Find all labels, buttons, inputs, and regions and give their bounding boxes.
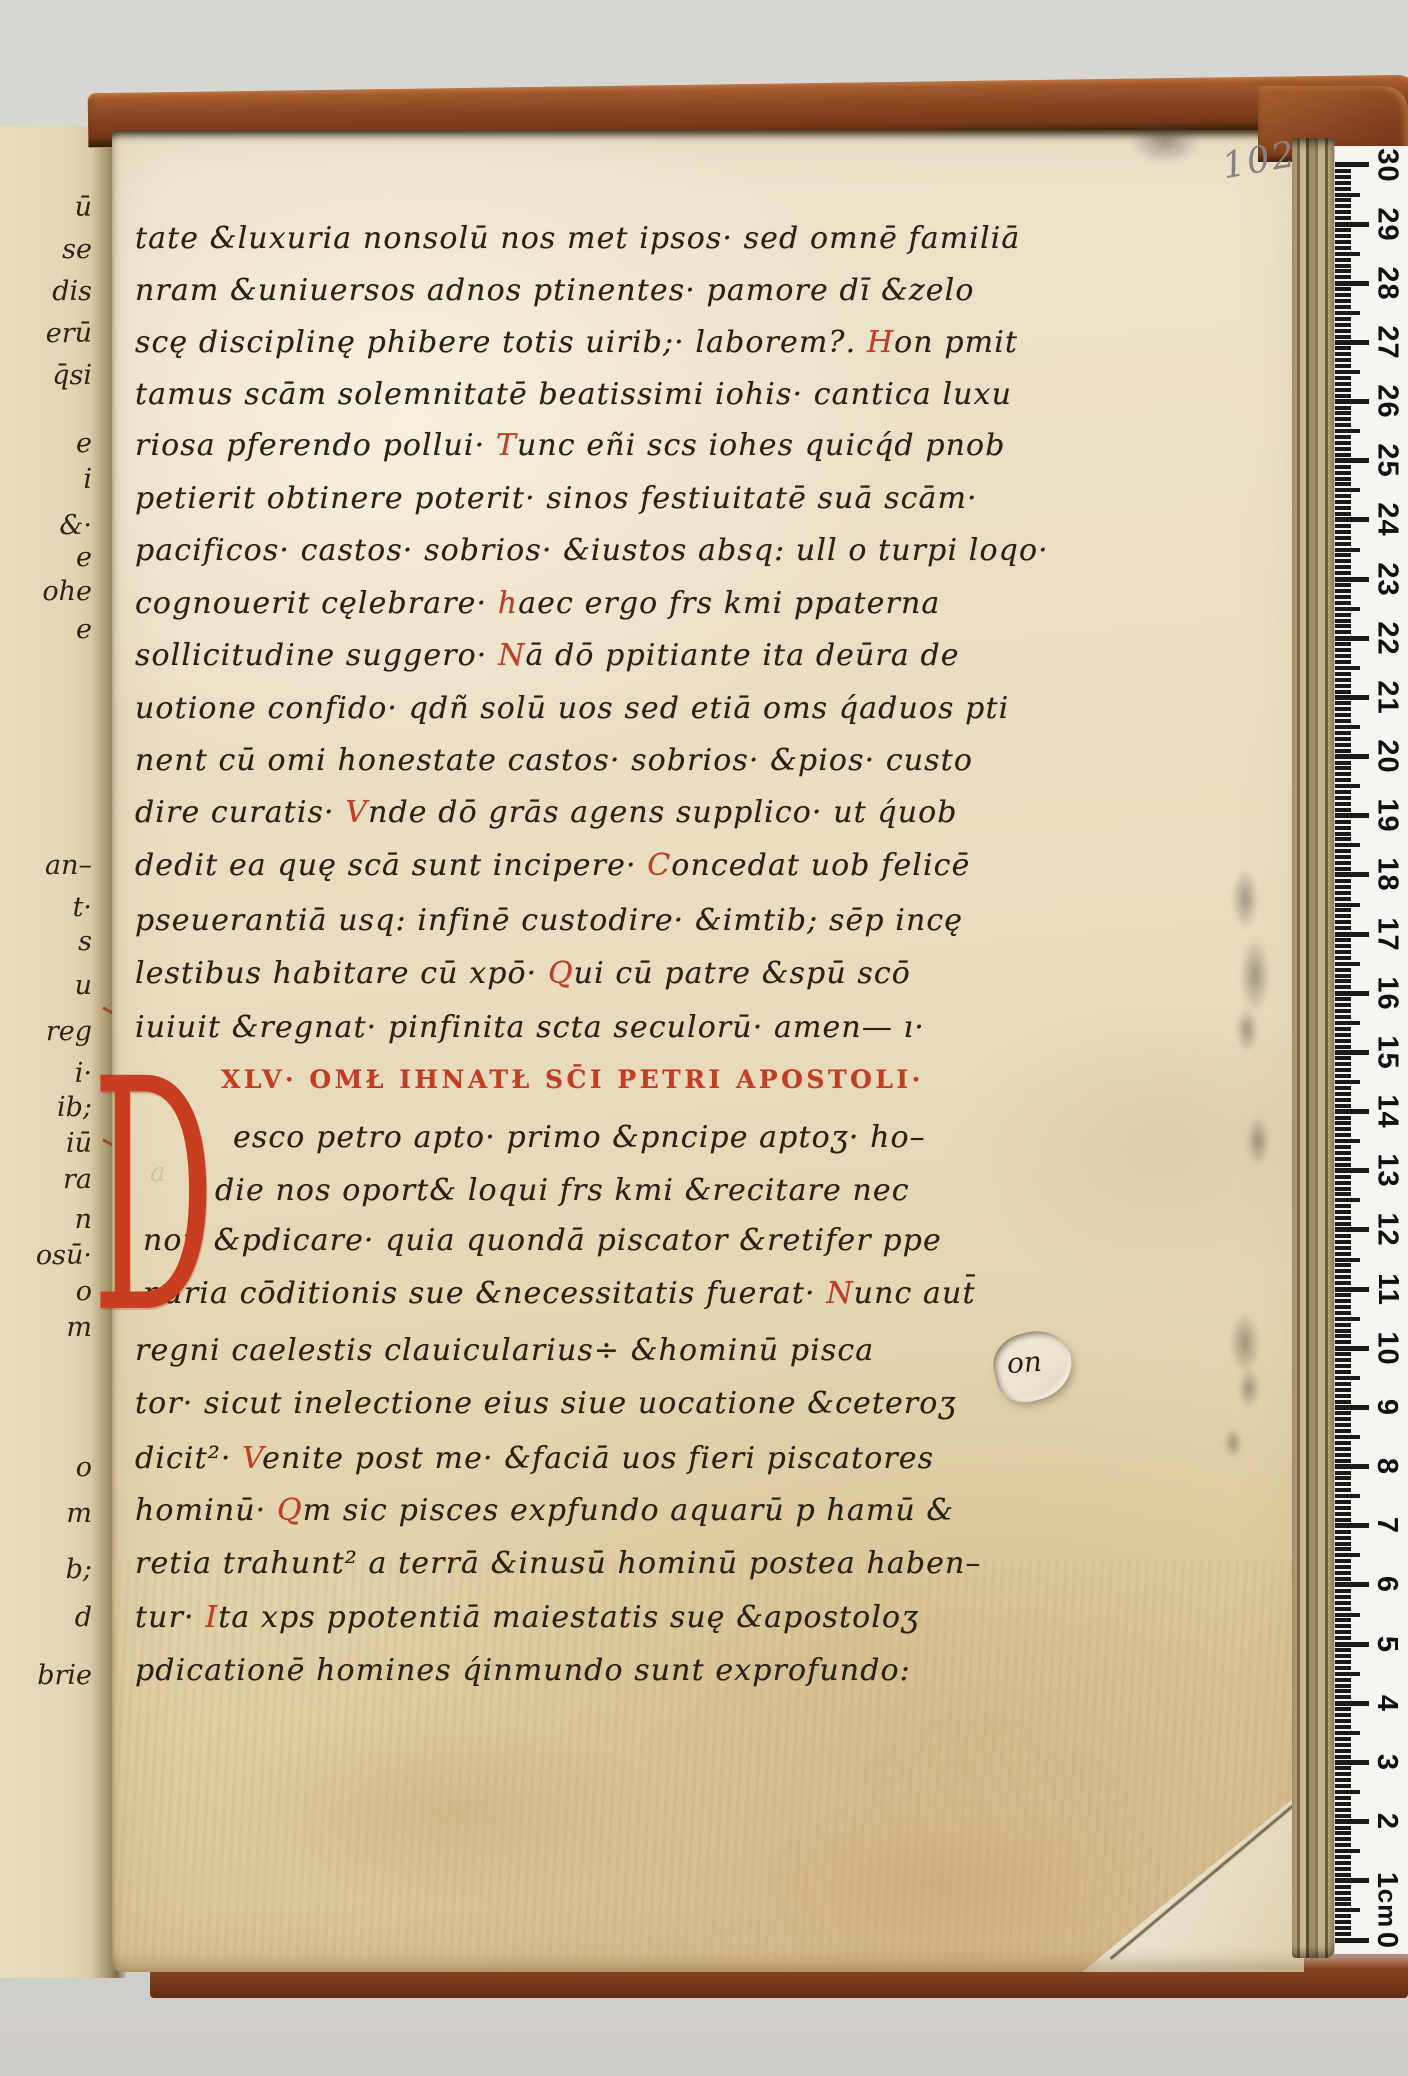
ruler-tick	[1335, 1920, 1351, 1924]
ruler-tick	[1335, 1559, 1351, 1563]
ruler-tick	[1335, 678, 1351, 682]
ruler-tick	[1335, 1488, 1351, 1492]
ruler-tick	[1335, 879, 1351, 883]
ruler-tick	[1335, 1814, 1351, 1818]
ink-smudge	[1232, 868, 1258, 930]
ruler-tick	[1335, 654, 1351, 658]
ruler-tick	[1335, 1873, 1351, 1877]
ruler-tick	[1335, 1618, 1351, 1622]
ruler-number: 6	[1365, 1563, 1408, 1607]
ruler-tick	[1335, 932, 1369, 937]
ruler-tick	[1335, 920, 1351, 924]
ruler-tick	[1335, 453, 1351, 457]
ruler-tick	[1335, 855, 1351, 859]
ruler-number: 19	[1365, 794, 1408, 838]
ruler-tick	[1335, 1707, 1351, 1711]
ruler-tick	[1335, 488, 1360, 492]
manuscript-photo: ūsediserūq̄siei&·eoheean–t·suregi·ib;iūr…	[0, 0, 1408, 2076]
ruler-tick	[1335, 1329, 1351, 1333]
ruler-tick	[1335, 1376, 1360, 1380]
ruler-tick	[1335, 293, 1351, 297]
ruler-tick	[1335, 1104, 1351, 1108]
ink-smudge	[1246, 1116, 1270, 1166]
ruler-tick	[1335, 1400, 1351, 1404]
ruler-tick	[1335, 258, 1351, 262]
ruler-number: 30	[1365, 143, 1408, 187]
ruler-tick	[1335, 843, 1360, 847]
ruler-tick	[1335, 1039, 1351, 1043]
ruler-tick	[1335, 956, 1351, 960]
ruler-tick	[1335, 1417, 1351, 1421]
ruler-tick	[1335, 813, 1369, 818]
ruler-tick	[1335, 950, 1351, 954]
ruler-number: 11	[1365, 1267, 1408, 1311]
ruler-tick	[1335, 246, 1351, 250]
facing-page-text-fragment: se	[62, 234, 92, 265]
ruler-tick	[1335, 1086, 1351, 1090]
facing-page-text-fragment: m	[66, 1312, 92, 1343]
ruler-tick	[1335, 1482, 1351, 1486]
ruler-tick	[1335, 1743, 1351, 1747]
ruler-tick	[1335, 695, 1369, 700]
page-edge-stack	[1292, 138, 1334, 1958]
ruler-tick	[1335, 1802, 1351, 1806]
ruler-tick	[1335, 1760, 1369, 1765]
ruler-tick	[1335, 820, 1351, 824]
ruler-tick	[1335, 441, 1351, 445]
ruler-tick	[1335, 477, 1351, 481]
ruler-number: 5	[1365, 1622, 1408, 1666]
ruler-tick	[1335, 198, 1351, 202]
ruler-tick	[1335, 1553, 1360, 1557]
ruler-tick	[1335, 1523, 1369, 1528]
ruler-tick	[1335, 524, 1351, 528]
ruler-tick	[1335, 1370, 1351, 1374]
ruler-tick	[1335, 1033, 1351, 1037]
ruler-tick	[1335, 1878, 1369, 1883]
ruler-number: 26	[1365, 380, 1408, 424]
ruler-tick	[1335, 1358, 1351, 1362]
facing-page-text-fragment: &·	[59, 510, 92, 541]
ruler-tick	[1335, 1092, 1351, 1096]
ruler-tick	[1335, 1252, 1351, 1256]
ruler-tick	[1335, 749, 1351, 753]
ruler-number: 20	[1365, 735, 1408, 779]
ruler-tick	[1335, 1109, 1369, 1114]
ruler-tick	[1335, 1175, 1351, 1179]
ruler-tick	[1335, 1429, 1351, 1433]
ruler-tick	[1335, 1311, 1351, 1315]
ruler-tick	[1335, 991, 1369, 996]
ruler-tick	[1335, 778, 1351, 782]
ruler-tick	[1335, 1861, 1351, 1865]
ruler-tick	[1335, 1405, 1369, 1410]
ruler-tick	[1335, 1855, 1351, 1859]
ruler-tick	[1335, 358, 1351, 362]
ruler-tick	[1335, 323, 1351, 327]
ruler-tick	[1335, 1234, 1351, 1238]
ink-smudge	[1230, 1312, 1260, 1374]
ruler-tick	[1335, 672, 1351, 676]
ruler-tick	[1335, 1819, 1369, 1824]
ruler-tick	[1335, 1582, 1369, 1587]
ruler-tick	[1335, 1015, 1351, 1019]
ruler-tick	[1335, 240, 1351, 244]
ruler-tick	[1335, 406, 1351, 410]
ruler-tick	[1335, 1293, 1351, 1297]
ruler-tick	[1335, 423, 1351, 427]
ruler-tick	[1335, 642, 1351, 646]
ruler-number: 3	[1365, 1740, 1408, 1784]
ruler-tick	[1335, 352, 1351, 356]
ruler-tick	[1335, 707, 1351, 711]
pencil-smudge	[1130, 118, 1200, 164]
ruler-tick	[1335, 1790, 1360, 1794]
ruler-tick	[1335, 761, 1351, 765]
ruler-number: 18	[1365, 853, 1408, 897]
ruler-tick	[1335, 1926, 1351, 1930]
ruler-tick	[1335, 908, 1351, 912]
ruler-tick	[1335, 275, 1351, 279]
ruler-tick	[1335, 1885, 1351, 1889]
ruler-tick	[1335, 1382, 1351, 1386]
ruler-tick	[1335, 1843, 1351, 1847]
ruler-tick	[1335, 1145, 1351, 1149]
facing-page-text-fragment: ohe	[42, 576, 92, 607]
ruler: 0123456789101112131415161718192021222324…	[1334, 146, 1408, 1954]
ruler-number: 23	[1365, 557, 1408, 601]
ruler-tick	[1335, 701, 1351, 705]
ruler-tick	[1335, 808, 1351, 812]
ruler-tick	[1335, 1394, 1351, 1398]
ruler-tick	[1335, 766, 1351, 770]
ruler-tick	[1335, 447, 1351, 451]
ruler-tick	[1335, 1831, 1351, 1835]
ruler-tick	[1335, 1867, 1351, 1871]
ruler-tick	[1335, 1275, 1351, 1279]
ruler-tick	[1335, 1725, 1351, 1729]
ruler-tick	[1335, 1494, 1360, 1498]
ruler-tick	[1335, 1719, 1351, 1723]
ruler-tick	[1335, 287, 1351, 291]
ruler-tick	[1335, 577, 1369, 582]
ruler-tick	[1335, 269, 1351, 273]
ruler-tick	[1335, 796, 1351, 800]
ruler-tick	[1335, 1536, 1351, 1540]
ruler-tick	[1335, 264, 1351, 268]
ruler-tick	[1335, 317, 1351, 321]
ruler-tick	[1335, 1181, 1351, 1185]
ruler-tick	[1335, 1068, 1351, 1072]
ruler-tick	[1335, 1666, 1351, 1670]
ruler-tick	[1335, 1305, 1351, 1309]
ruler-tick	[1335, 175, 1351, 179]
ruler-tick	[1335, 548, 1360, 552]
ruler-tick	[1335, 559, 1351, 563]
ruler-number: 29	[1365, 202, 1408, 246]
parchment-stain	[232, 1720, 652, 1900]
ruler-tick	[1335, 790, 1351, 794]
ruler-tick	[1335, 619, 1351, 623]
ruler-tick	[1335, 1346, 1369, 1351]
ruler-tick	[1335, 1388, 1351, 1392]
ruler-tick	[1335, 1447, 1351, 1451]
ruler-tick	[1335, 346, 1351, 350]
ruler-tick	[1335, 849, 1351, 853]
ruler-tick	[1335, 607, 1360, 611]
ruler-tick	[1335, 162, 1369, 167]
ruler-tick	[1335, 1684, 1351, 1688]
ruler-tick	[1335, 944, 1351, 948]
ruler-tick	[1335, 1471, 1351, 1475]
ruler-tick	[1335, 1772, 1351, 1776]
ruler-tick	[1335, 1701, 1369, 1706]
ruler-tick	[1335, 1050, 1369, 1055]
ruler-tick	[1335, 974, 1351, 978]
ruler-number: 15	[1365, 1030, 1408, 1074]
ruler-tick	[1335, 394, 1351, 398]
ruler-tick	[1335, 725, 1360, 729]
ruler-tick	[1335, 1227, 1369, 1232]
ruler-tick	[1335, 1246, 1351, 1250]
manuscript-page	[112, 130, 1304, 1972]
ruler-tick	[1335, 1660, 1351, 1664]
ruler-tick	[1335, 997, 1351, 1001]
ruler-tick	[1335, 506, 1351, 510]
ruler-tick	[1335, 962, 1360, 966]
ruler-tick	[1335, 1595, 1351, 1599]
ruler-tick	[1335, 731, 1351, 735]
ruler-number: 25	[1365, 439, 1408, 483]
ruler-tick	[1335, 536, 1351, 540]
hole-show-through-text: on	[1006, 1345, 1043, 1380]
ruler-tick	[1335, 624, 1351, 628]
ruler-tick	[1335, 1216, 1351, 1220]
ruler-tick	[1335, 1601, 1351, 1605]
ruler-tick	[1335, 1269, 1351, 1273]
ruler-tick	[1335, 737, 1351, 741]
ruler-number: 28	[1365, 261, 1408, 305]
ruler-tick	[1335, 1695, 1351, 1699]
ruler-tick	[1335, 411, 1351, 415]
ruler-tick	[1335, 417, 1351, 421]
ruler-tick	[1335, 517, 1369, 522]
ruler-tick	[1335, 926, 1351, 930]
ruler-tick	[1335, 968, 1351, 972]
ruler-tick	[1335, 1222, 1351, 1226]
ruler-tick	[1335, 630, 1351, 634]
ruler-tick	[1335, 1755, 1351, 1759]
ruler-unit-label: cm	[1365, 1886, 1408, 1930]
ruler-tick	[1335, 376, 1351, 380]
ruler-tick	[1335, 1713, 1351, 1717]
ruler-tick	[1335, 512, 1351, 516]
ruler-tick	[1335, 187, 1351, 191]
ruler-tick	[1335, 335, 1351, 339]
ruler-tick	[1335, 500, 1351, 504]
ruler-tick	[1335, 1240, 1351, 1244]
ruler-tick	[1335, 1731, 1360, 1735]
ruler-tick	[1335, 1464, 1369, 1469]
ruler-number: 7	[1365, 1504, 1408, 1548]
ruler-tick	[1335, 897, 1351, 901]
ruler-number: 4	[1365, 1681, 1408, 1725]
ruler-tick	[1335, 1453, 1351, 1457]
ruler-tick	[1335, 1630, 1351, 1634]
facing-page-text-fragment: dis	[52, 276, 92, 307]
ruler-tick	[1335, 340, 1369, 345]
ruler-tick	[1335, 1287, 1369, 1292]
ruler-tick	[1335, 1914, 1351, 1918]
ruler-tick	[1335, 1459, 1351, 1463]
ruler-tick	[1335, 979, 1351, 983]
ruler-tick	[1335, 311, 1360, 315]
ruler-tick	[1335, 891, 1351, 895]
parchment-stain	[752, 1810, 1132, 1960]
ruler-tick	[1335, 1938, 1369, 1943]
ruler-tick	[1335, 1151, 1351, 1155]
ruler-tick	[1335, 1435, 1360, 1439]
ruler-tick	[1335, 867, 1351, 871]
ruler-tick	[1335, 1258, 1360, 1262]
ruler-tick	[1335, 1364, 1351, 1368]
facing-page-text-fragment: iū	[66, 1128, 92, 1159]
ink-smudge	[1224, 1428, 1242, 1458]
ruler-tick	[1335, 719, 1351, 723]
ruler-tick	[1335, 648, 1351, 652]
ruler-tick	[1335, 861, 1351, 865]
ruler-number: 21	[1365, 675, 1408, 719]
ruler-tick	[1335, 1932, 1351, 1936]
ruler-tick	[1335, 1204, 1351, 1208]
ruler-tick	[1335, 305, 1351, 309]
ruler-tick	[1335, 1027, 1351, 1031]
ruler-tick	[1335, 1411, 1351, 1415]
ruler-number: 12	[1365, 1208, 1408, 1252]
ruler-tick	[1335, 482, 1351, 486]
facing-page-text-fragment: b;	[66, 1554, 92, 1585]
ruler-tick	[1335, 435, 1351, 439]
ruler-tick	[1335, 1476, 1351, 1480]
ruler-tick	[1335, 583, 1351, 587]
initial-capital-d: D	[92, 1078, 215, 1318]
ruler-tick	[1335, 1056, 1351, 1060]
ruler-tick	[1335, 1518, 1351, 1522]
ruler-tick	[1335, 885, 1351, 889]
ruler-tick	[1335, 660, 1351, 664]
ruler-tick	[1335, 1098, 1351, 1102]
ruler-tick	[1335, 1902, 1351, 1906]
ruler-tick	[1335, 370, 1360, 374]
ruler-tick	[1335, 399, 1369, 404]
ruler-tick	[1335, 1530, 1351, 1534]
ruler-number: 13	[1365, 1149, 1408, 1193]
ruler-number: 14	[1365, 1090, 1408, 1134]
ruler-tick	[1335, 1542, 1351, 1546]
ruler-tick	[1335, 1157, 1351, 1161]
ruler-tick	[1335, 1571, 1351, 1575]
ruler-tick	[1335, 542, 1351, 546]
ruler-tick	[1335, 1749, 1351, 1753]
ruler-tick	[1335, 1908, 1360, 1912]
ruler-tick	[1335, 1340, 1351, 1344]
ruler-tick	[1335, 1589, 1351, 1593]
ruler-tick	[1335, 1192, 1351, 1196]
ruler-tick	[1335, 364, 1351, 368]
ruler-tick	[1335, 281, 1369, 286]
ruler-tick	[1335, 329, 1351, 333]
ruler-number: 27	[1365, 320, 1408, 364]
ruler-tick	[1335, 1441, 1351, 1445]
ink-smudge	[1236, 1008, 1258, 1052]
ruler-tick	[1335, 1547, 1351, 1551]
ruler-number: 22	[1365, 616, 1408, 660]
ruler-tick	[1335, 802, 1351, 806]
ruler-number: 24	[1365, 498, 1408, 542]
ruler-tick	[1335, 1512, 1351, 1516]
ruler-tick	[1335, 1021, 1360, 1025]
ruler-tick	[1335, 1624, 1351, 1628]
ruler-tick	[1335, 1074, 1351, 1078]
ruler-number: 17	[1365, 912, 1408, 956]
ruler-tick	[1335, 1737, 1351, 1741]
ruler-tick	[1335, 222, 1369, 227]
ruler-tick	[1335, 1187, 1351, 1191]
ruler-tick	[1335, 252, 1360, 256]
ruler-tick	[1335, 1168, 1369, 1173]
ruler-tick	[1335, 1607, 1351, 1611]
ruler-tick	[1335, 1642, 1369, 1647]
ruler-tick	[1335, 1121, 1351, 1125]
ruler-tick	[1335, 181, 1351, 185]
ruler-tick	[1335, 601, 1351, 605]
ruler-tick	[1335, 1689, 1351, 1693]
ruler-tick	[1335, 1636, 1351, 1640]
ruler-tick	[1335, 1565, 1351, 1569]
ruler-tick	[1335, 571, 1351, 575]
ruler-tick	[1335, 1778, 1351, 1782]
ruler-tick	[1335, 553, 1351, 557]
ruler-tick	[1335, 234, 1351, 238]
ruler-tick	[1335, 1423, 1351, 1427]
ruler-tick	[1335, 636, 1369, 641]
ruler-tick	[1335, 1826, 1351, 1830]
ruler-tick	[1335, 458, 1369, 463]
facing-page-text-fragment: reg	[46, 1016, 92, 1047]
ruler-tick	[1335, 1281, 1351, 1285]
facing-page-text-fragment: brie	[37, 1660, 92, 1691]
ruler-tick	[1335, 1678, 1351, 1682]
ruler-number: 2	[1365, 1800, 1408, 1844]
ruler-tick	[1335, 530, 1351, 534]
ruler-tick	[1335, 1045, 1351, 1049]
ruler-tick	[1335, 985, 1351, 989]
ruler-number: 10	[1365, 1326, 1408, 1370]
ruler-tick	[1335, 1334, 1351, 1338]
ruler-tick	[1335, 1500, 1351, 1504]
ruler-tick	[1335, 690, 1351, 694]
ruler-tick	[1335, 1210, 1351, 1214]
ruler-tick	[1335, 169, 1351, 173]
ruler-tick	[1335, 299, 1351, 303]
ruler-tick	[1335, 1672, 1360, 1676]
ruler-tick	[1335, 1263, 1351, 1267]
ruler-tick	[1335, 1080, 1360, 1084]
ruler-tick	[1335, 1506, 1351, 1510]
ruler-tick	[1335, 1127, 1351, 1131]
ruler-tick	[1335, 837, 1351, 841]
ruler-tick	[1335, 1163, 1351, 1167]
